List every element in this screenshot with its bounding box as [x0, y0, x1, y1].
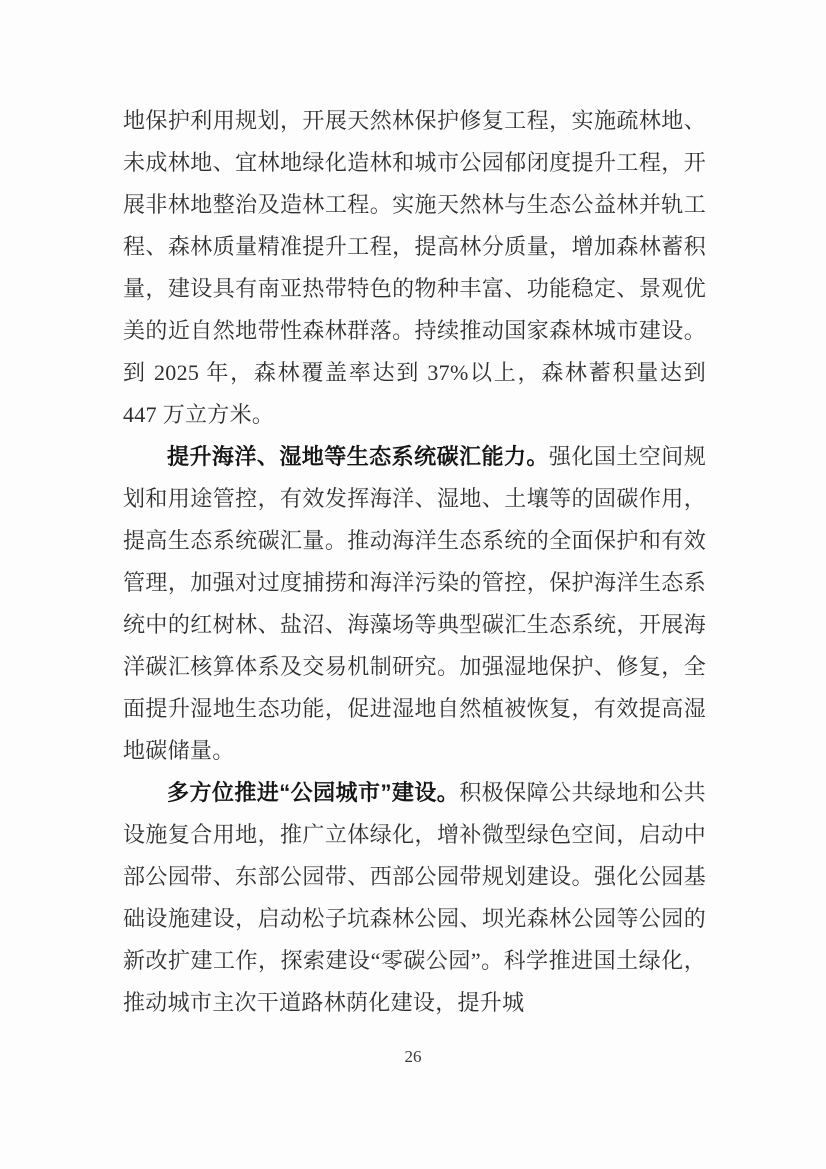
- paragraph-park-city: 多方位推进“公园城市”建设。积极保障公共绿地和公共设施复合用地，推广立体绿化，增…: [123, 772, 706, 1024]
- paragraph-forest-continuation: 地保护利用规划，开展天然林保护修复工程，实施疏林地、未成林地、宜林地绿化造林和城…: [123, 100, 706, 436]
- paragraph-text: 积极保障公共绿地和公共设施复合用地，推广立体绿化，增补微型绿色空间，启动中部公园…: [123, 780, 706, 1015]
- page-number: 26: [0, 1046, 826, 1068]
- paragraph-lead-heading: 多方位推进“公园城市”建设。: [167, 780, 459, 805]
- document-page: 地保护利用规划，开展天然林保护修复工程，实施疏林地、未成林地、宜林地绿化造林和城…: [0, 0, 826, 1169]
- paragraph-lead-heading: 提升海洋、湿地等生态系统碳汇能力。: [167, 444, 549, 469]
- paragraph-ocean-wetland-carbon: 提升海洋、湿地等生态系统碳汇能力。强化国土空间规划和用途管控，有效发挥海洋、湿地…: [123, 436, 706, 772]
- paragraph-text: 地保护利用规划，开展天然林保护修复工程，实施疏林地、未成林地、宜林地绿化造林和城…: [123, 108, 706, 427]
- page-body-text: 地保护利用规划，开展天然林保护修复工程，实施疏林地、未成林地、宜林地绿化造林和城…: [123, 100, 706, 1024]
- paragraph-text: 强化国土空间规划和用途管控，有效发挥海洋、湿地、土壤等的固碳作用，提高生态系统碳…: [123, 444, 706, 763]
